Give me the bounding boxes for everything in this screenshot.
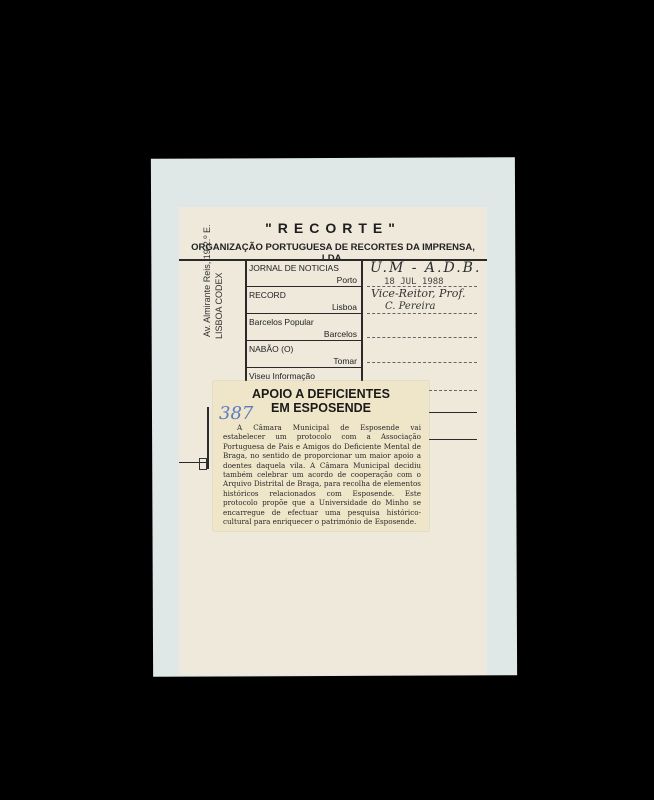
date-stamp: 18 JUL 1988 [384,277,444,287]
notes-line [367,362,477,364]
notes-line [367,337,477,339]
newspaper-name: Viseu Informação [249,371,315,381]
newspaper-row: NABÃO (O) Tomar [245,341,361,368]
newspaper-clipping: APOIO A DEFICIENTES EM ESPOSENDE 387 A C… [213,381,429,531]
handwritten-recipient: Vice-Reitor, Prof. [371,287,466,300]
notes-line [429,390,477,392]
handwritten-name: C. Pereira [385,301,436,312]
address-line-2: LISBOA CODEX [214,272,224,339]
newspaper-row: JORNAL DE NOTICIAS Porto [245,260,361,287]
margin-line [207,407,209,469]
headline-line-2: EM ESPOSENDE [271,401,371,415]
newspaper-city: Tomar [333,356,357,366]
small-marker-box [199,458,207,470]
newspaper-city: Lisboa [332,302,357,312]
headline-line-1: APOIO A DEFICIENTES [252,387,390,401]
newspaper-city: Barcelos [324,329,357,339]
newspaper-name: RECORD [249,290,286,300]
notes-line [429,439,477,440]
newspaper-name: NABÃO (O) [249,344,293,354]
newspaper-row: Barcelos Popular Barcelos [245,314,361,341]
newspaper-row: RECORD Lisboa [245,287,361,314]
notes-line [429,412,477,413]
newspaper-name: JORNAL DE NOTICIAS [249,263,339,273]
handwritten-archive-code: U.M - A.D.B. [370,260,481,276]
clipping-body-text: A Câmara Municipal de Esposende vai esta… [223,423,421,526]
handwritten-reference-number: 387 [219,403,253,424]
newspaper-city: Porto [337,275,357,285]
notes-line [367,313,477,315]
address-line-1: Av. Almirante Reis, 19-2.º E. [202,225,212,338]
newspaper-name: Barcelos Popular [249,317,314,327]
slip-title: "RECORTE" [179,220,487,236]
column-divider-right [361,259,363,383]
